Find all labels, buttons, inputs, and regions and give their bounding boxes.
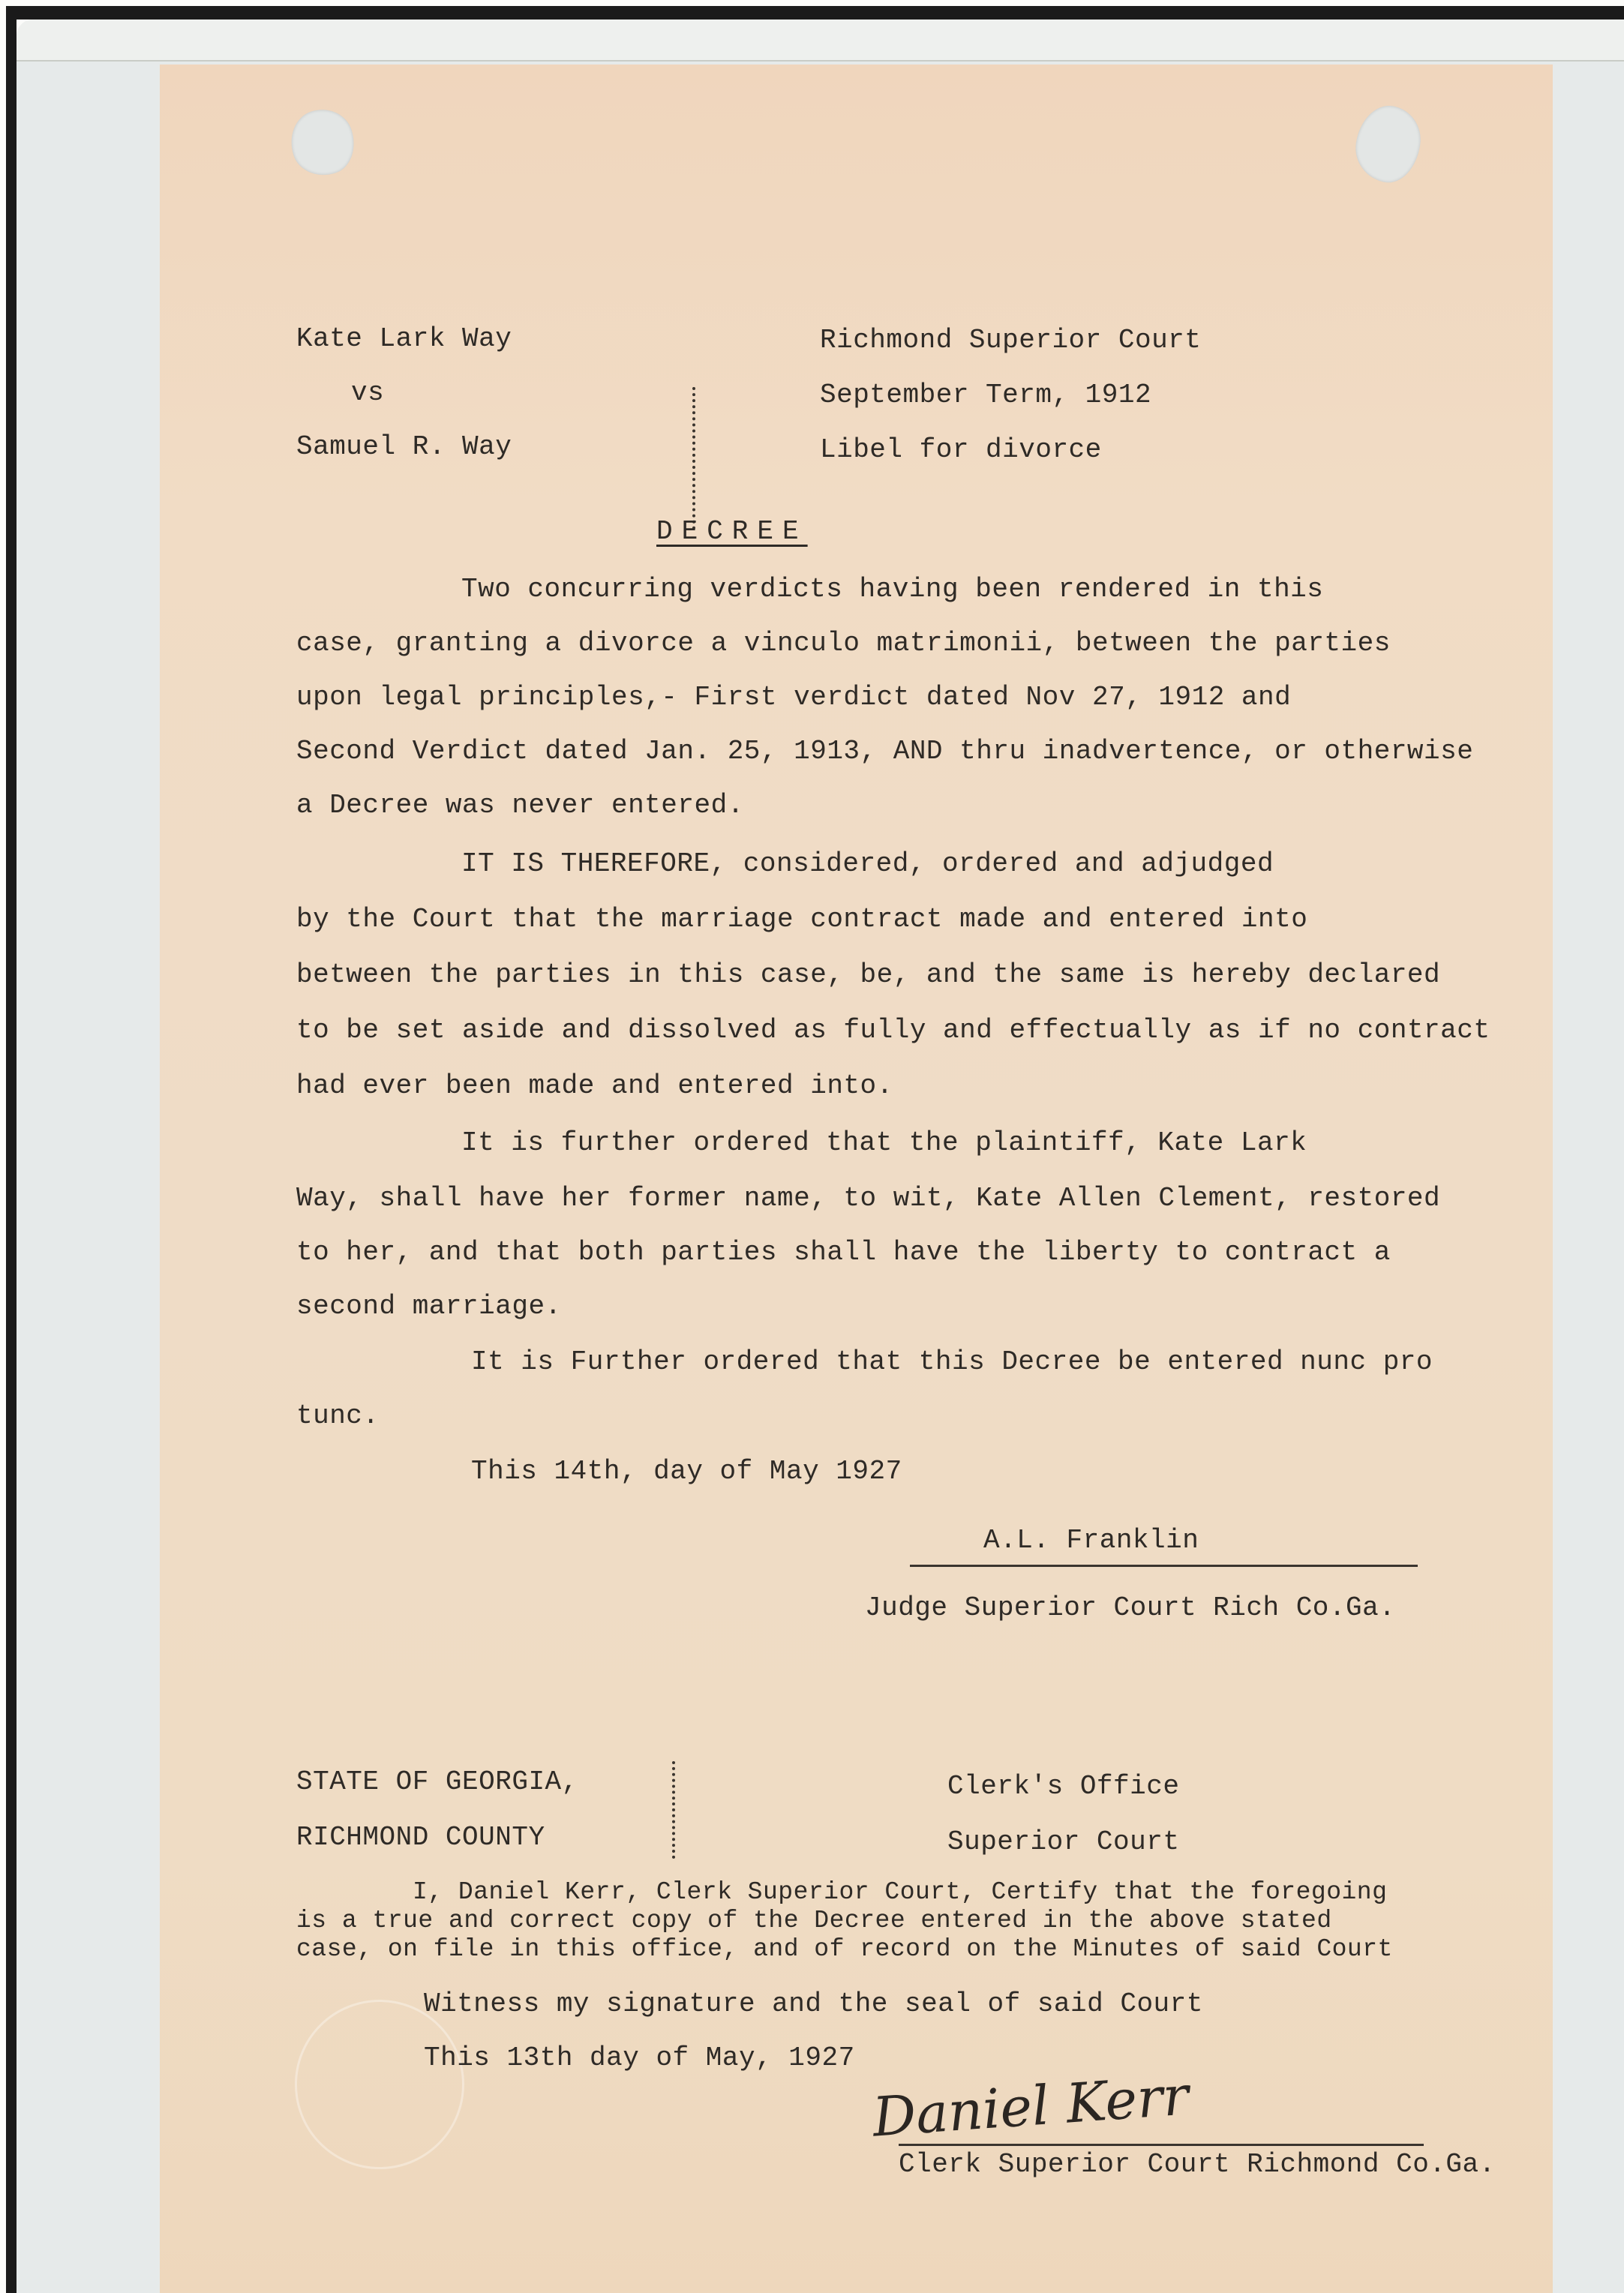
text-line: Second Verdict dated Jan. 25, 1913, AND … bbox=[296, 738, 1473, 765]
text-line: Two concurring verdicts having been rend… bbox=[461, 576, 1323, 603]
text-line: It is Further ordered that this Decree b… bbox=[471, 1349, 1433, 1376]
text-line: tunc. bbox=[296, 1403, 380, 1430]
text-line: a Decree was never entered. bbox=[296, 792, 744, 819]
superior-court-label: Superior Court bbox=[947, 1829, 1179, 1856]
versus-label: vs bbox=[351, 380, 384, 407]
text-line: case, granting a divorce a vinculo matri… bbox=[296, 630, 1391, 657]
judge-signature-line bbox=[910, 1565, 1418, 1567]
text-line: IT IS THEREFORE, considered, ordered and… bbox=[461, 851, 1274, 878]
state-label: STATE OF GEORGIA, bbox=[296, 1769, 578, 1796]
embossed-seal bbox=[295, 2000, 464, 2169]
text-line: second marriage. bbox=[296, 1293, 562, 1320]
court-name: Richmond Superior Court bbox=[820, 327, 1201, 354]
punch-hole-left bbox=[282, 101, 362, 184]
frame-left-edge bbox=[6, 6, 17, 2293]
judge-title: Judge Superior Court Rich Co.Ga. bbox=[865, 1595, 1395, 1622]
text-line: between the parties in this case, be, an… bbox=[296, 962, 1440, 989]
defendant-name: Samuel R. Way bbox=[296, 434, 512, 461]
certificate-date: This 13th day of May, 1927 bbox=[424, 2045, 855, 2072]
clerk-title: Clerk Superior Court Richmond Co.Ga. bbox=[899, 2151, 1496, 2178]
decree-title: DECREE bbox=[656, 518, 808, 545]
clerk-office-label: Clerk's Office bbox=[947, 1773, 1179, 1800]
court-term: September Term, 1912 bbox=[820, 382, 1151, 409]
text-line: had ever been made and entered into. bbox=[296, 1073, 893, 1100]
text-line: Way, shall have her former name, to wit,… bbox=[296, 1185, 1440, 1212]
text-line: case, on file in this office, and of rec… bbox=[296, 1935, 1393, 1964]
text-line: to her, and that both parties shall have… bbox=[296, 1239, 1391, 1266]
clerk-handwritten-signature: Daniel Kerr bbox=[871, 2063, 1191, 2148]
text-line: upon legal principles,- First verdict da… bbox=[296, 684, 1291, 711]
action-type: Libel for divorce bbox=[820, 437, 1102, 464]
caption-divider bbox=[692, 387, 698, 530]
text-line: is a true and correct copy of the Decree… bbox=[296, 1907, 1332, 1935]
witness-line: Witness my signature and the seal of sai… bbox=[424, 1991, 1203, 2018]
text-line: I, Daniel Kerr, Clerk Superior Court, Ce… bbox=[413, 1878, 1387, 1907]
document-page: Kate Lark Way vs Samuel R. Way Richmond … bbox=[160, 65, 1553, 2293]
certificate-divider bbox=[672, 1761, 678, 1859]
county-label: RICHMOND COUNTY bbox=[296, 1824, 545, 1851]
frame-top-edge bbox=[6, 6, 1624, 20]
clerk-signature-line bbox=[899, 2144, 1424, 2146]
text-line: It is further ordered that the plaintiff… bbox=[461, 1130, 1307, 1157]
judge-name: A.L. Franklin bbox=[983, 1527, 1199, 1554]
mount-top-lip bbox=[17, 20, 1624, 62]
plaintiff-name: Kate Lark Way bbox=[296, 326, 512, 353]
text-line: to be set aside and dissolved as fully a… bbox=[296, 1017, 1490, 1044]
punch-hole-right bbox=[1351, 102, 1424, 187]
text-line: by the Court that the marriage contract … bbox=[296, 906, 1307, 933]
decree-date: This 14th, day of May 1927 bbox=[471, 1458, 902, 1485]
